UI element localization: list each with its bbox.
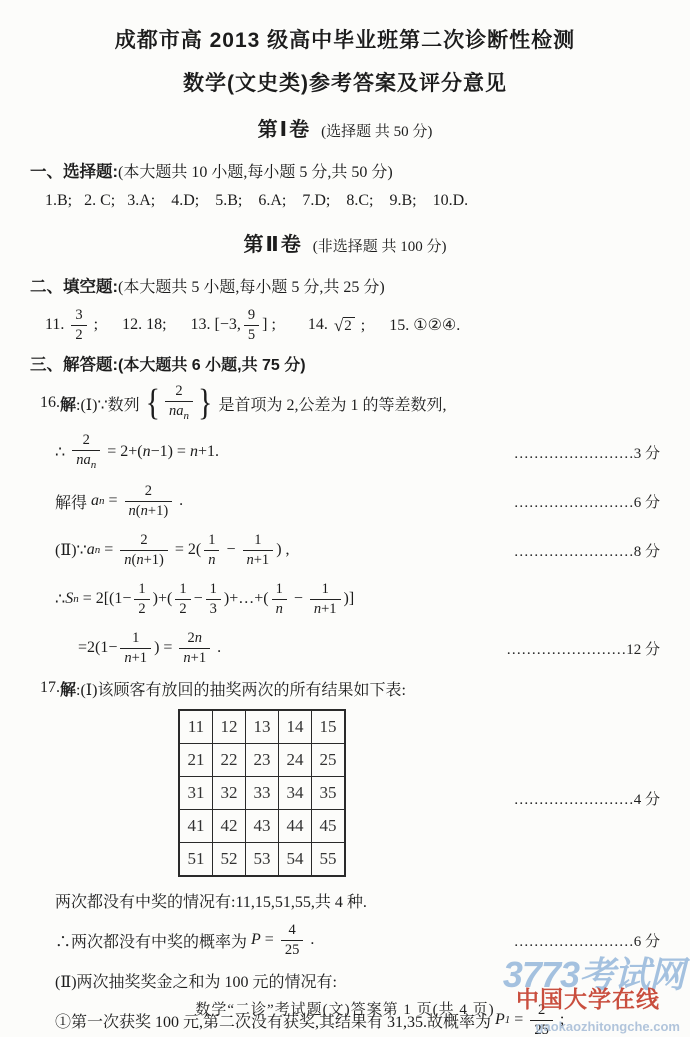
table-cell: 24	[279, 744, 312, 777]
exam-answer-page: 成都市高 2013 级高中毕业班第二次诊断性检测 数学(文史类)参考答案及评分意…	[0, 0, 690, 1037]
table-cell: 35	[312, 777, 346, 810]
table-cell: 34	[279, 777, 312, 810]
q17-note1: 两次都没有中奖的情况有:11,15,51,55,共 4 种.	[55, 887, 660, 913]
table-cell: 55	[312, 843, 346, 877]
table-cell: 23	[246, 744, 279, 777]
table-cell: 15	[312, 710, 346, 744]
table-cell: 14	[279, 710, 312, 744]
table-cell: 51	[179, 843, 213, 877]
table-cell: 41	[179, 810, 213, 843]
section2-label: 二、填空题:	[30, 278, 118, 296]
part2-heading-note: (非选择题 共 100 分)	[313, 239, 447, 255]
table-cell: 11	[179, 710, 213, 744]
section3-label: 三、解答题:	[30, 356, 118, 374]
table-cell: 45	[312, 810, 346, 843]
q17-part2-line: (Ⅱ)两次抽奖奖金之和为 100 元的情况有:	[55, 967, 660, 993]
q17-probability: ∴两次都没有中奖的概率为 P = 425 .……………………6 分	[55, 918, 660, 962]
q17-intro: 17.解:(Ⅰ)该顾客有放回的抽奖两次的所有结果如下表:	[40, 675, 660, 701]
section1-label: 一、选择题:	[30, 163, 118, 181]
table-cell: 12	[213, 710, 246, 744]
table-row: 3132333435	[179, 777, 345, 810]
table-cell: 31	[179, 777, 213, 810]
table-cell: 32	[213, 777, 246, 810]
q16-step-2: 解得 an = 2n(n+1) .……………………6 分	[55, 479, 660, 523]
exam-title-line1: 成都市高 2013 级高中毕业班第二次诊断性检测	[30, 24, 660, 54]
q16-step-4: ∴Sn = 2[(1−12)+(12−13)+…+(1n − 1n+1)]	[55, 577, 660, 621]
table-cell: 54	[279, 843, 312, 877]
q16-intro: 16.解:(Ⅰ)∵数列 {2nan} 是首项为 2,公差为 1 的等差数列,	[40, 381, 660, 425]
page-footer: 数学“二诊”考试题(文)答案第 1 页(共 4 页)	[0, 998, 690, 1019]
q17-table-score: ……………………4 分	[514, 788, 660, 809]
q16-step-3: (Ⅱ)∵an = 2n(n+1) = 2(1n − 1n+1) ,……………………	[55, 528, 660, 572]
table-cell: 42	[213, 810, 246, 843]
table-cell: 43	[246, 810, 279, 843]
part1-heading: 第Ⅰ卷(选择题 共 50 分)	[30, 113, 660, 142]
q17-outcome-table: 1112131415212223242531323334354142434445…	[178, 709, 346, 877]
choice-answers: 1.B; 2. C; 3.A; 4.D; 5.B; 6.A; 7.D; 8.C;…	[45, 188, 660, 214]
part2-heading-title: 第Ⅱ卷	[244, 234, 303, 256]
q17-outcome-table-block: 1112131415212223242531323334354142434445…	[30, 709, 660, 881]
exam-title-line2: 数学(文史类)参考答案及评分意见	[30, 67, 660, 97]
part1-heading-note: (选择题 共 50 分)	[321, 124, 432, 140]
table-row: 5152535455	[179, 843, 345, 877]
q16-step-1: ∴ 2nan = 2+(n−1) = n+1.……………………3 分	[55, 430, 660, 474]
table-cell: 21	[179, 744, 213, 777]
section1-note: (本大题共 10 小题,每小题 5 分,共 50 分)	[118, 164, 393, 181]
table-row: 1112131415	[179, 710, 345, 744]
section2-note: (本大题共 5 小题,每小题 5 分,共 25 分)	[118, 279, 385, 296]
table-row: 4142434445	[179, 810, 345, 843]
part1-heading-title: 第Ⅰ卷	[258, 119, 311, 141]
table-cell: 22	[213, 744, 246, 777]
table-cell: 13	[246, 710, 279, 744]
table-cell: 25	[312, 744, 346, 777]
section2-header: 二、填空题:(本大题共 5 小题,每小题 5 分,共 25 分)	[30, 273, 660, 297]
table-row: 2122232425	[179, 744, 345, 777]
fill-in-answers: 11. 32 ; 12. 18; 13. [−3,95] ; 14. √2 ; …	[45, 303, 660, 347]
table-cell: 33	[246, 777, 279, 810]
q16-step-5: =2(1−1n+1) = 2nn+1 .……………………12 分	[78, 626, 660, 670]
table-cell: 52	[213, 843, 246, 877]
section3-note: (本大题共 6 小题,共 75 分)	[118, 357, 306, 374]
section3-header: 三、解答题:(本大题共 6 小题,共 75 分)	[30, 351, 660, 375]
part2-heading: 第Ⅱ卷(非选择题 共 100 分)	[30, 228, 660, 257]
table-cell: 53	[246, 843, 279, 877]
table-cell: 44	[279, 810, 312, 843]
section1-header: 一、选择题:(本大题共 10 小题,每小题 5 分,共 50 分)	[30, 158, 660, 182]
